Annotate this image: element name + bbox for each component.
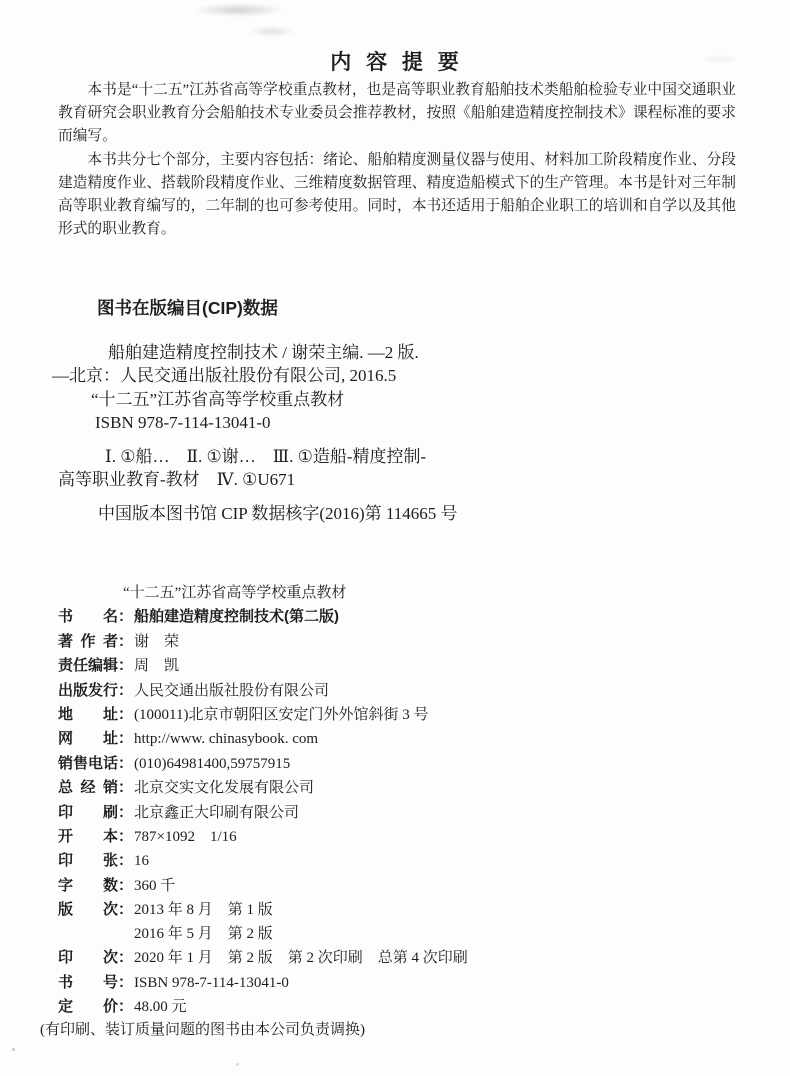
cip-classification-line-1: Ⅰ. ①船… Ⅱ. ①谢… Ⅲ. ①造船-精度控制- xyxy=(58,445,748,469)
row-colon: ： xyxy=(118,682,133,699)
summary-paragraph-1: 本书是“十二五”江苏省高等学校重点教材，也是高等职业教育船舶技术类船舶检验专业中… xyxy=(58,79,736,149)
pub-row-edition-continuation: 2016 年 5 月 第 2 版 xyxy=(58,923,758,946)
page-title: 内 容 提 要 xyxy=(0,46,790,76)
scan-speck xyxy=(12,1048,15,1051)
cip-classification-line-2: 高等职业教育-教材 Ⅳ. ①U671 xyxy=(58,468,748,492)
row-label: 书号 xyxy=(58,971,118,994)
row-colon: ： xyxy=(118,828,133,845)
row-colon: ： xyxy=(118,608,133,625)
scan-smudge xyxy=(248,26,296,37)
row-label: 定价 xyxy=(58,995,118,1018)
cip-isbn-line: ISBN 978-7-114-13041-0 xyxy=(58,411,748,435)
row-colon: ： xyxy=(118,852,133,869)
pub-row-editor: 责任编辑：周 凯 xyxy=(58,654,758,678)
row-value: 787×1092 1/16 xyxy=(133,829,237,845)
pub-row-format: 开本：787×1092 1/16 xyxy=(58,825,758,849)
row-colon: ： xyxy=(118,949,133,966)
scan-speck xyxy=(236,1063,239,1066)
pub-row-book-title: 书名：船舶建造精度控制技术(第二版) xyxy=(58,605,758,629)
row-value: 谢 荣 xyxy=(133,634,179,650)
row-label: 出版发行 xyxy=(58,679,118,702)
pub-row-sheets: 印张：16 xyxy=(58,849,758,873)
pub-row-isbn: 书号：ISBN 978-7-114-13041-0 xyxy=(58,971,758,995)
row-label: 责任编辑 xyxy=(58,654,118,677)
row-label: 书名 xyxy=(58,605,118,628)
row-value: 北京鑫正大印刷有限公司 xyxy=(133,805,299,821)
row-colon: ： xyxy=(118,633,133,650)
row-label: 销售电话 xyxy=(58,752,118,775)
row-colon: ： xyxy=(118,877,133,894)
content-summary: 本书是“十二五”江苏省高等学校重点教材，也是高等职业教育船舶技术类船舶检验专业中… xyxy=(58,79,736,241)
cip-data-block: 图书在版编目(CIP)数据 船舶建造精度控制技术 / 谢荣主编. —2 版. —… xyxy=(58,297,748,525)
pub-row-author: 著作者：谢 荣 xyxy=(58,630,758,654)
row-colon: ： xyxy=(118,779,133,796)
cip-header: 图书在版编目(CIP)数据 xyxy=(58,297,748,321)
cip-registration-line: 中国版本图书馆 CIP 数据核字(2016)第 114665 号 xyxy=(58,502,748,526)
cip-series-line: “十二五”江苏省高等学校重点教材 xyxy=(58,388,748,412)
pub-row-edition: 版次：2013 年 8 月 第 1 版 xyxy=(58,898,758,922)
cip-publisher-line: —北京：人民交通出版社股份有限公司, 2016.5 xyxy=(52,364,748,388)
row-label: 网址 xyxy=(58,727,118,750)
row-colon: ： xyxy=(118,730,133,747)
row-value: http://www. chinasybook. com xyxy=(133,731,318,747)
row-label: 开本 xyxy=(58,825,118,848)
row-colon: ： xyxy=(118,901,133,918)
pub-row-printer: 印刷：北京鑫正大印刷有限公司 xyxy=(58,801,758,825)
pub-row-distributor: 总经销：北京交实文化发展有限公司 xyxy=(58,776,758,800)
row-label: 总经销 xyxy=(58,776,118,799)
row-value: (100011)北京市朝阳区安定门外外馆斜街 3 号 xyxy=(133,707,428,723)
row-colon: ： xyxy=(118,974,133,991)
pub-row-impression: 印次：2020 年 1 月 第 2 版 第 2 次印刷 总第 4 次印刷 xyxy=(58,946,758,970)
row-value: 48.00 元 xyxy=(133,999,187,1015)
row-label: 地址 xyxy=(58,703,118,726)
pub-row-price: 定价：48.00 元 xyxy=(58,995,758,1019)
row-value: (010)64981400,59757915 xyxy=(133,756,290,772)
row-value: 16 xyxy=(133,853,149,869)
summary-paragraph-2: 本书共分七个部分，主要内容包括：绪论、船舶精度测量仪器与使用、材料加工阶段精度作… xyxy=(58,149,736,242)
exchange-notice: (有印刷、装订质量问题的图书由本公司负责调换) xyxy=(40,1019,758,1042)
row-label: 印次 xyxy=(58,946,118,969)
row-label: 字数 xyxy=(58,874,118,897)
scan-smudge xyxy=(193,3,285,17)
row-value: 360 千 xyxy=(133,878,175,894)
series-title: “十二五”江苏省高等学校重点教材 xyxy=(58,582,758,605)
row-value: 人民交通出版社股份有限公司 xyxy=(133,683,329,699)
row-label: 印刷 xyxy=(58,801,118,824)
row-label: 版次 xyxy=(58,898,118,921)
row-colon: ： xyxy=(118,998,133,1015)
row-colon: ： xyxy=(118,657,133,674)
row-value: 2013 年 8 月 第 1 版 xyxy=(133,902,273,918)
row-colon: ： xyxy=(118,706,133,723)
publication-info-block: “十二五”江苏省高等学校重点教材 书名：船舶建造精度控制技术(第二版) 著作者：… xyxy=(58,582,758,1043)
book-copyright-page: 内 容 提 要 本书是“十二五”江苏省高等学校重点教材，也是高等职业教育船舶技术… xyxy=(0,0,790,1076)
row-value: 船舶建造精度控制技术(第二版) xyxy=(133,608,339,625)
pub-row-word-count: 字数：360 千 xyxy=(58,874,758,898)
row-value: 2016 年 5 月 第 2 版 xyxy=(133,926,273,942)
row-value: 周 凯 xyxy=(133,658,179,674)
row-label: 印张 xyxy=(58,849,118,872)
row-colon: ： xyxy=(118,804,133,821)
pub-row-publisher: 出版发行：人民交通出版社股份有限公司 xyxy=(58,679,758,703)
row-colon: ： xyxy=(118,755,133,772)
row-label: 著作者 xyxy=(58,630,118,653)
cip-title-line: 船舶建造精度控制技术 / 谢荣主编. —2 版. xyxy=(58,341,748,365)
row-value: 北京交实文化发展有限公司 xyxy=(133,780,314,796)
row-value: 2020 年 1 月 第 2 版 第 2 次印刷 总第 4 次印刷 xyxy=(133,950,468,966)
pub-row-website: 网址：http://www. chinasybook. com xyxy=(58,727,758,751)
pub-row-address: 地址：(100011)北京市朝阳区安定门外外馆斜街 3 号 xyxy=(58,703,758,727)
pub-row-sales-phone: 销售电话：(010)64981400,59757915 xyxy=(58,752,758,776)
row-value: ISBN 978-7-114-13041-0 xyxy=(133,975,289,991)
